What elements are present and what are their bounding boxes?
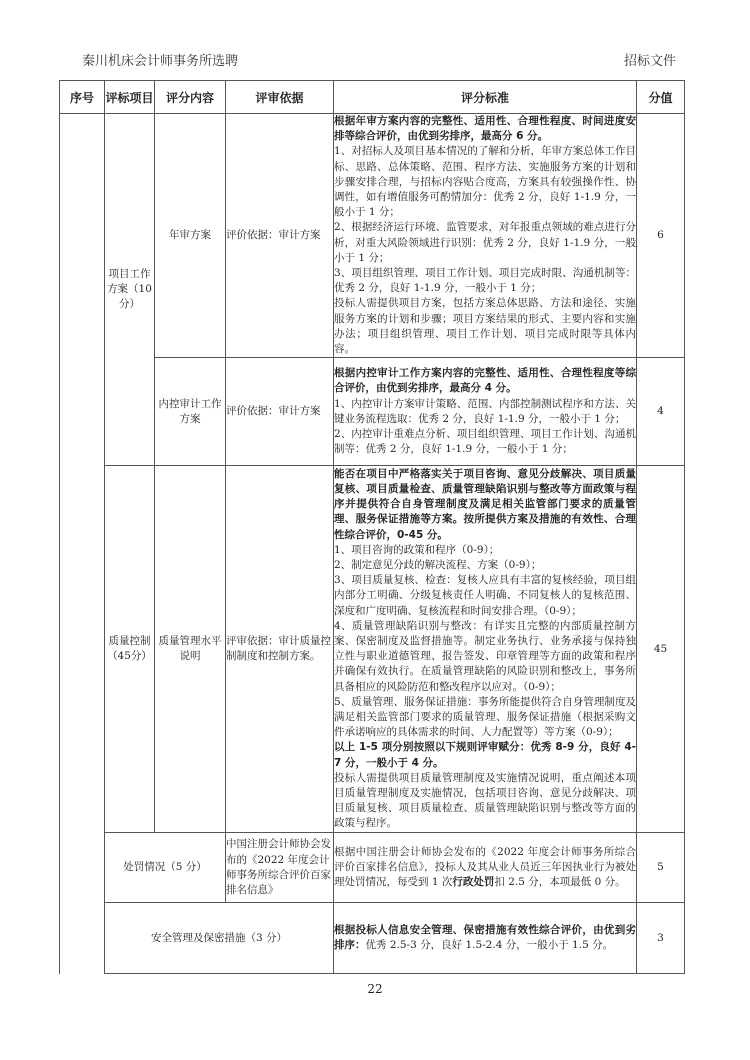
basis-internal-control: 评价依据：审计方案 <box>226 358 334 466</box>
header-basis: 评审依据 <box>226 81 334 114</box>
criteria-note: 投标人需提供项目质量管理制度及实施情况说明，重点阐述本项目质量管理制度及实施情况… <box>334 771 636 832</box>
page-header-doc-type: 招标文件 <box>624 50 676 69</box>
criteria-security: 根据投标人信息安全管理、保密措施有效性综合评价，由优到劣排序：优秀 2.5-3 … <box>334 903 637 974</box>
criteria-line: 5、质量管理、服务保证措施：事务所能提供符合自身管理制度及满足相关监管部门要求的… <box>334 695 636 741</box>
criteria-line: 2、内控审计重难点分析、项目组织管理、项目工作计划、沟通机制等：优秀 2 分，良… <box>334 427 636 457</box>
criteria-line: 1、对招标人及项目基本情况的了解和分析，年审方案总体工作目标、思路、总体策略、范… <box>334 144 636 220</box>
item-penalty: 处罚情况（5 分） <box>105 833 226 903</box>
seq-cell <box>60 114 105 974</box>
header-seq: 序号 <box>60 81 105 114</box>
score-internal-control: 4 <box>637 358 685 466</box>
table-header-row: 序号 评标项目 评分内容 评审依据 评分标准 分值 <box>60 81 685 114</box>
criteria-annual-plan: 根据年审方案内容的完整性、适用性、合理性程度、时间进度安排等综合评价，由优到劣排… <box>334 114 637 358</box>
criteria-line: 2、根据经济运行环境、监管要求，对年报重点领域的难点进行分析，对重大风险领域进行… <box>334 220 636 266</box>
criteria-line: 3、项目质量复核、检查：复核人应具有丰富的复核经验，项目组内部分工明确、分级复核… <box>334 573 636 619</box>
criteria-line: 1、项目咨询的政策和程序（0-9）； <box>334 543 636 558</box>
table-row-security: 安全管理及保密措施（3 分） 根据投标人信息安全管理、保密措施有效性综合评价，由… <box>60 903 685 974</box>
criteria-summary: 能否在项目中严格落实关于项目咨询、意见分歧解决、项目质量复核、项目质量检查、质量… <box>334 467 636 543</box>
criteria-note: 投标人需提供项目方案，包括方案总体思路、方法和途径、实施服务方案的计划和步骤；项… <box>334 296 636 357</box>
item-project-plan: 项目工作方案（10分） <box>105 114 155 466</box>
page-number: 22 <box>0 982 750 996</box>
basis-quality-control: 评审依据：审计质量控制制度和控制方案。 <box>226 466 334 833</box>
page-header-title: 秦川机床会计师事务所选聘 <box>82 50 238 69</box>
item-security: 安全管理及保密措施（3 分） <box>105 903 334 974</box>
criteria-quality-control: 能否在项目中严格落实关于项目咨询、意见分歧解决、项目质量复核、项目质量检查、质量… <box>334 466 637 833</box>
criteria-emphasis: 行政处罚 <box>452 876 494 888</box>
basis-annual-plan: 评价依据：审计方案 <box>226 114 334 358</box>
content-annual-plan: 年审方案 <box>155 114 226 358</box>
criteria-text: 优秀 2.5-3 分，良好 1.5-2.4 分，一般小于 1.5 分。 <box>366 939 614 951</box>
criteria-line: 3、项目组织管理、项目工作计划、项目完成时限、沟通机制等：优秀 2 分，良好 1… <box>334 266 636 296</box>
item-quality-control: 质量控制（45分） <box>105 466 155 833</box>
score-penalty: 5 <box>637 833 685 903</box>
score-annual-plan: 6 <box>637 114 685 358</box>
score-security: 3 <box>637 903 685 974</box>
table-row-penalty: 处罚情况（5 分） 中国注册会计师协会发布的《2022 年度会计师事务所综合评价… <box>60 833 685 903</box>
criteria-internal-control: 根据内控审计工作方案内容的完整性、适用性、合理性程度等综合评价，由优到劣排序，最… <box>334 358 637 466</box>
header-criteria: 评分标准 <box>334 81 637 114</box>
header-score: 分值 <box>637 81 685 114</box>
content-internal-control: 内控审计工作方案 <box>155 358 226 466</box>
basis-penalty: 中国注册会计师协会发布的《2022 年度会计师事务所综合评价百家排名信息》 <box>226 833 334 903</box>
scoring-table: 序号 评标项目 评分内容 评审依据 评分标准 分值 项目工作方案（10分） 年审… <box>59 80 685 974</box>
criteria-summary: 根据年审方案内容的完整性、适用性、合理性程度、时间进度安排等综合评价，由优到劣排… <box>334 114 636 144</box>
table-row-quality-control: 质量控制（45分） 质量管理水平说明 评审依据：审计质量控制制度和控制方案。 能… <box>60 466 685 833</box>
header-content: 评分内容 <box>155 81 226 114</box>
criteria-line: 4、质量管理缺陷识别与整改：有详实且完整的内部质量控制方案、保密制度及监督措施等… <box>334 619 636 695</box>
content-quality-control: 质量管理水平说明 <box>155 466 226 833</box>
criteria-rule: 以上 1-5 项分别按照以下规则评审赋分：优秀 8-9 分，良好 4-7 分，一… <box>334 740 636 770</box>
score-quality-control: 45 <box>637 466 685 833</box>
criteria-summary: 根据内控审计工作方案内容的完整性、适用性、合理性程度等综合评价，由优到劣排序，最… <box>334 366 636 396</box>
criteria-penalty: 根据中国注册会计师协会发布的《2022 年度会计师事务所综合评价百家排名信息》，… <box>334 833 637 903</box>
criteria-line: 2、制定意见分歧的解决流程、方案（0-9）； <box>334 558 636 573</box>
criteria-text: 扣 2.5 分，本项最低 0 分。 <box>494 876 625 888</box>
criteria-line: 1、内控审计方案审计策略、范围、内部控制测试程序和方法、关键业务流程选取：优秀 … <box>334 397 636 427</box>
table-row-annual-plan: 项目工作方案（10分） 年审方案 评价依据：审计方案 根据年审方案内容的完整性、… <box>60 114 685 358</box>
header-item: 评标项目 <box>105 81 155 114</box>
